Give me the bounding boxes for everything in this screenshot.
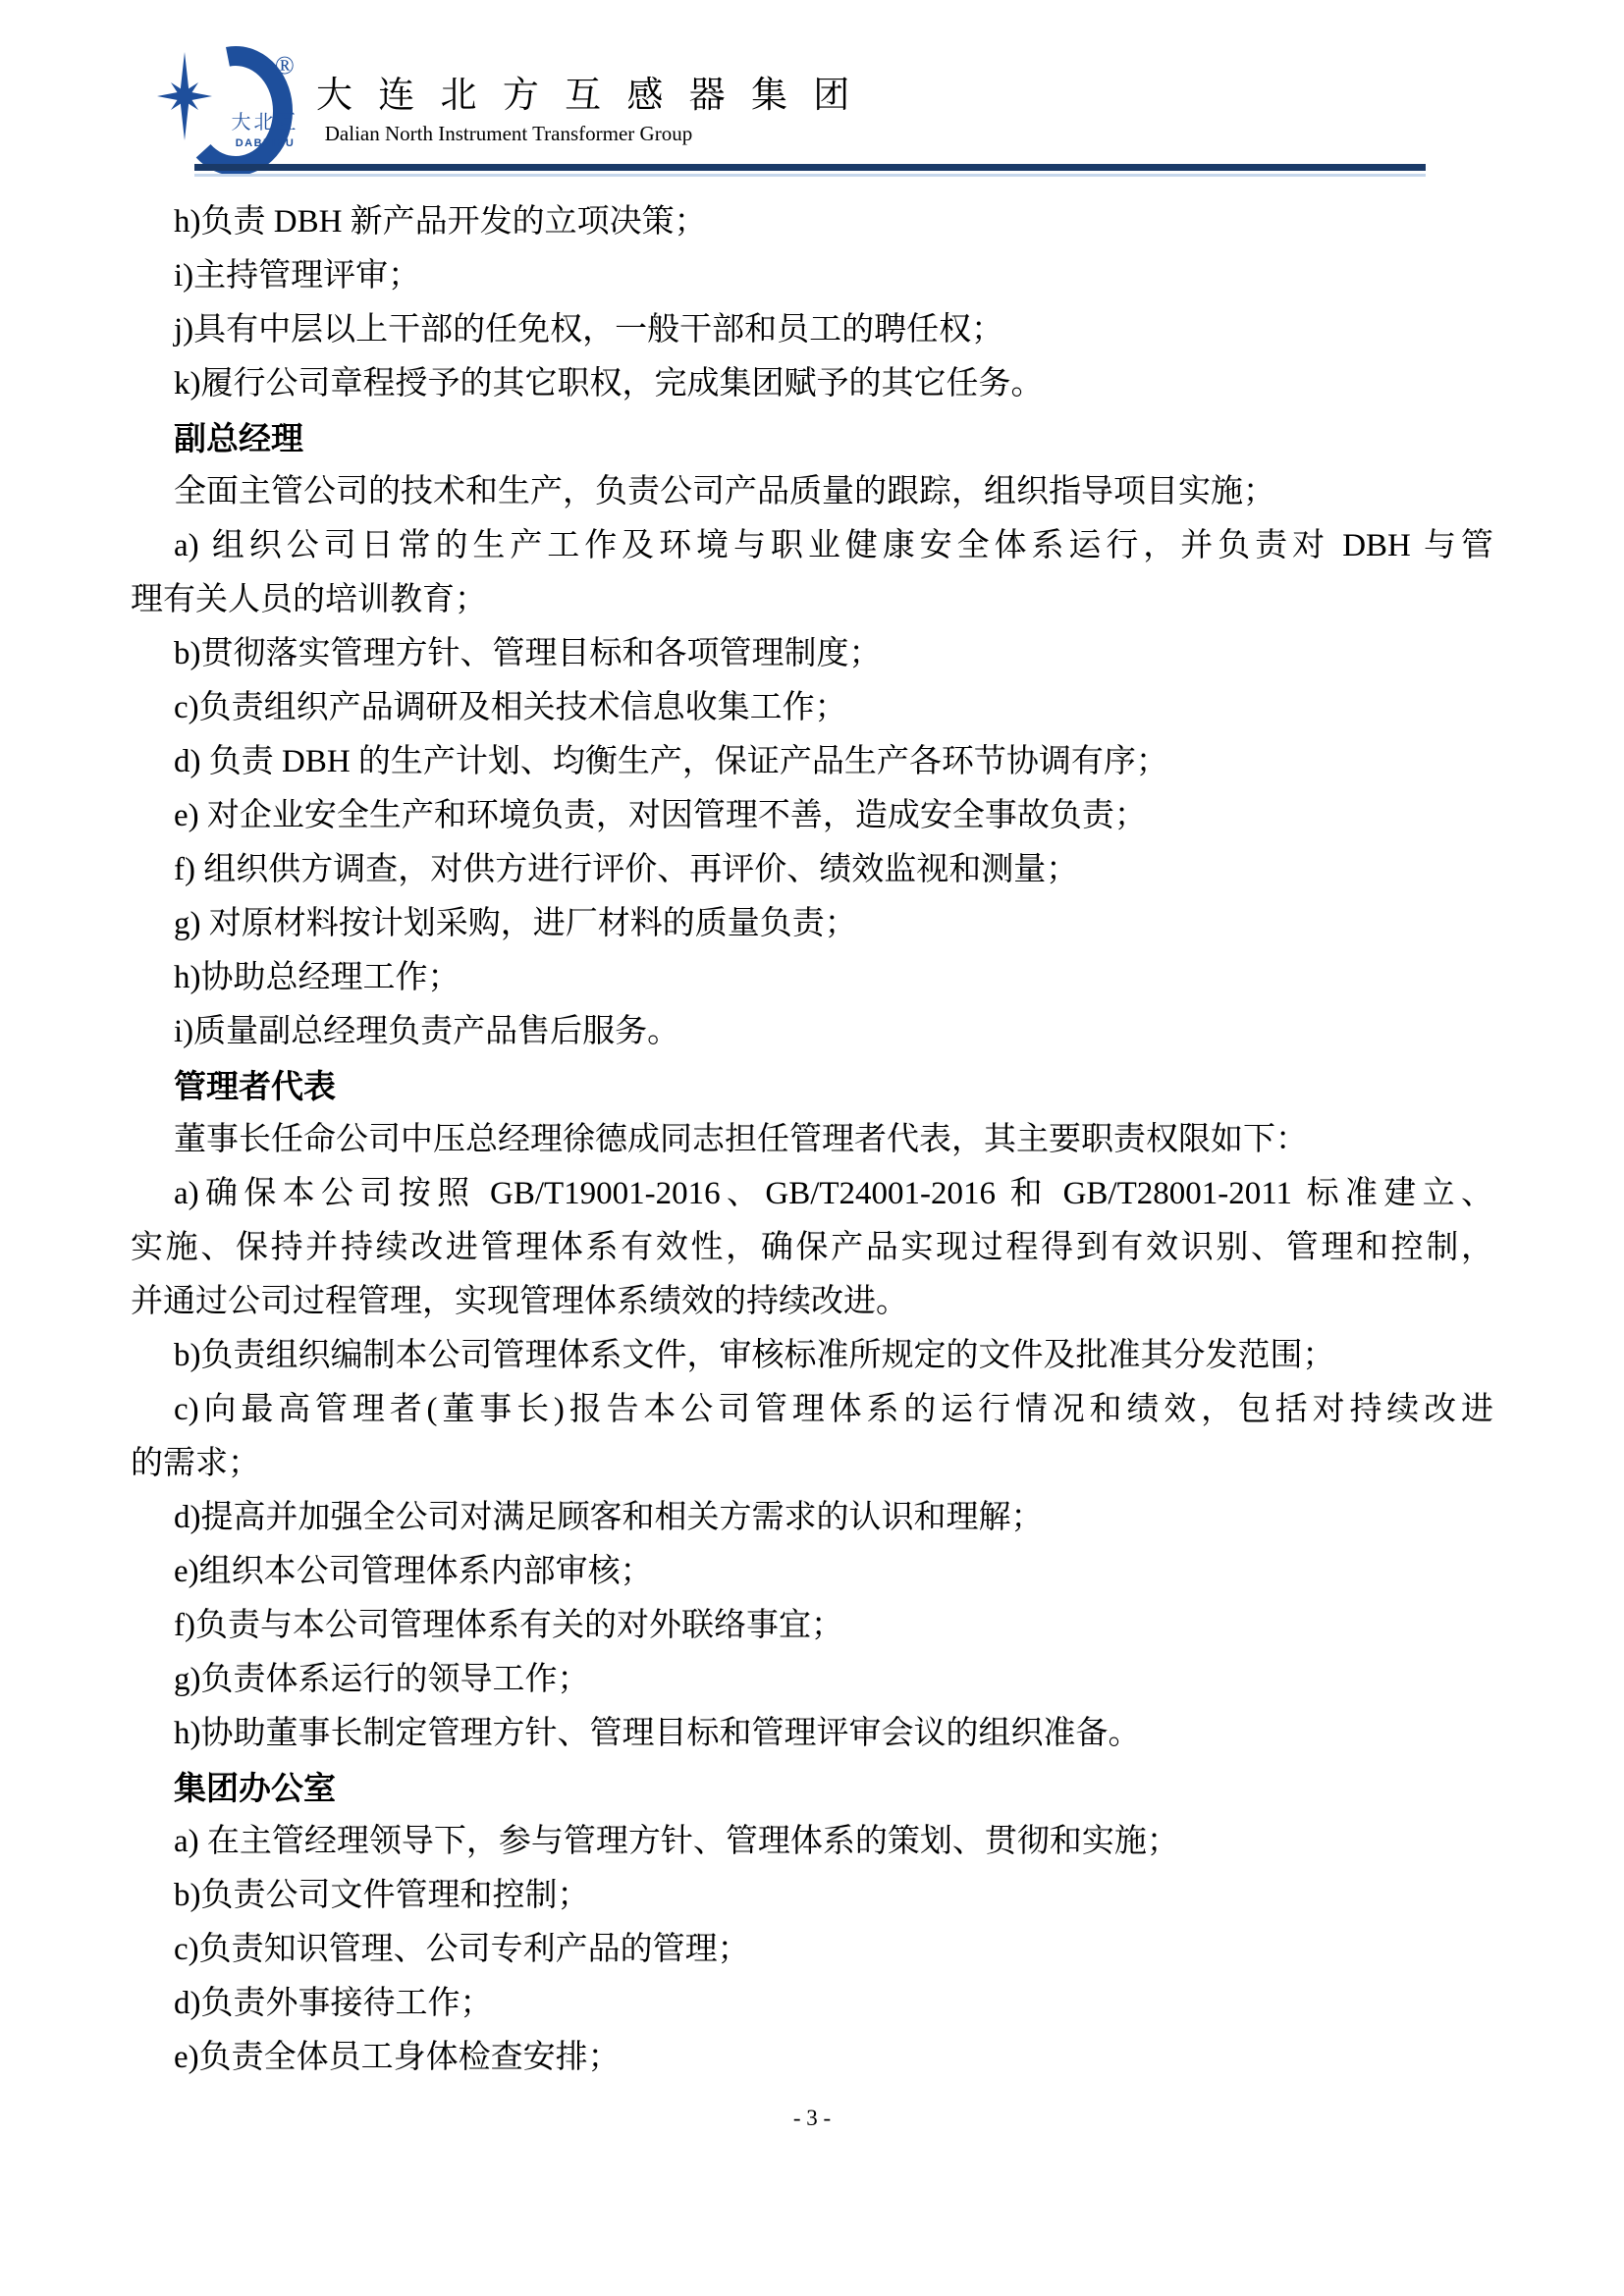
section-heading: 管理者代表 <box>131 1059 1493 1113</box>
text-line: d)提高并加强全公司对满足顾客和相关方需求的认识和理解； <box>131 1491 1493 1545</box>
text-line: i)质量副总经理负责产品售后服务。 <box>131 1005 1493 1059</box>
logo-text-latin: DABEIHU <box>236 137 296 149</box>
text-line: f)负责与本公司管理体系有关的对外联络事宜； <box>131 1599 1493 1653</box>
text-line: 理有关人员的培训教育； <box>131 573 1493 627</box>
text-line: d)负责外事接待工作； <box>131 1977 1493 2031</box>
text-line: h)负责 DBH 新产品开发的立项决策； <box>131 195 1493 249</box>
text-line: e) 对企业安全生产和环境负责，对因管理不善，造成安全事故负责； <box>131 789 1493 843</box>
text-line: b)负责公司文件管理和控制； <box>131 1869 1493 1923</box>
document-body: h)负责 DBH 新产品开发的立项决策；i)主持管理评审；j)具有中层以上干部的… <box>131 195 1493 2085</box>
page-number: - 3 - <box>793 2106 831 2130</box>
company-name-english: Dalian North Instrument Transformer Grou… <box>316 120 701 147</box>
company-title-block: 大 连 北 方 互 感 器 集 团 Dalian North Instrumen… <box>316 73 701 147</box>
text-line: 董事长任命公司中压总经理徐德成同志担任管理者代表，其主要职责权限如下： <box>131 1113 1493 1167</box>
text-line: d) 负责 DBH 的生产计划、均衡生产，保证产品生产各环节协调有序； <box>131 735 1493 789</box>
text-line: b)贯彻落实管理方针、管理目标和各项管理制度； <box>131 627 1493 681</box>
document-page: ® 大北互 DABEIHU 大 连 北 方 互 感 器 集 团 Dalian N… <box>0 0 1624 2296</box>
text-line: c)负责组织产品调研及相关技术信息收集工作； <box>131 681 1493 735</box>
text-line: i)主持管理评审； <box>131 249 1493 303</box>
text-line: k)履行公司章程授予的其它职权，完成集团赋予的其它任务。 <box>131 357 1493 411</box>
header-rule-navy <box>194 164 1426 171</box>
text-line: e)组织本公司管理体系内部审核； <box>131 1545 1493 1599</box>
company-logo-crescent-star-icon: ® 大北互 DABEIHU <box>116 23 342 180</box>
section-heading: 集团办公室 <box>131 1761 1493 1815</box>
text-line: 并通过公司过程管理，实现管理体系绩效的持续改进。 <box>131 1275 1493 1329</box>
text-line: b)负责组织编制本公司管理体系文件，审核标准所规定的文件及批准其分发范围； <box>131 1329 1493 1383</box>
text-line: g)负责体系运行的领导工作； <box>131 1653 1493 1707</box>
text-line: a) 在主管经理领导下，参与管理方针、管理体系的策划、贯彻和实施； <box>131 1815 1493 1869</box>
logo-text-chinese: 大北互 <box>232 111 299 133</box>
company-name-chinese: 大 连 北 方 互 感 器 集 团 <box>316 73 701 118</box>
text-line: j)具有中层以上干部的任免权，一般干部和员工的聘任权； <box>131 303 1493 357</box>
text-line: c)向最高管理者(董事长)报告本公司管理体系的运行情况和绩效，包括对持续改进 <box>131 1383 1493 1437</box>
text-line: 的需求； <box>131 1437 1493 1491</box>
text-line: 实施、保持并持续改进管理体系有效性，确保产品实现过程得到有效识别、管理和控制， <box>131 1221 1493 1275</box>
text-line: g) 对原材料按计划采购，进厂材料的质量负责； <box>131 897 1493 951</box>
header-rule-light <box>194 174 1426 177</box>
text-line: c)负责知识管理、公司专利产品的管理； <box>131 1923 1493 1977</box>
text-line: a) 组织公司日常的生产工作及环境与职业健康安全体系运行，并负责对 DBH 与管 <box>131 519 1493 573</box>
section-heading: 副总经理 <box>131 411 1493 465</box>
text-line: 全面主管公司的技术和生产，负责公司产品质量的跟踪，组织指导项目实施； <box>131 465 1493 519</box>
text-line: e)负责全体员工身体检查安排； <box>131 2031 1493 2085</box>
text-line: f) 组织供方调查，对供方进行评价、再评价、绩效监视和测量； <box>131 843 1493 897</box>
registered-trademark-icon: ® <box>275 51 295 80</box>
text-line: a)确保本公司按照 GB/T19001-2016、GB/T24001-2016 … <box>131 1167 1493 1221</box>
text-line: h)协助总经理工作； <box>131 951 1493 1005</box>
page-footer: - 3 - <box>131 2099 1493 2138</box>
text-line: h)协助董事长制定管理方针、管理目标和管理评审会议的组织准备。 <box>131 1707 1493 1761</box>
